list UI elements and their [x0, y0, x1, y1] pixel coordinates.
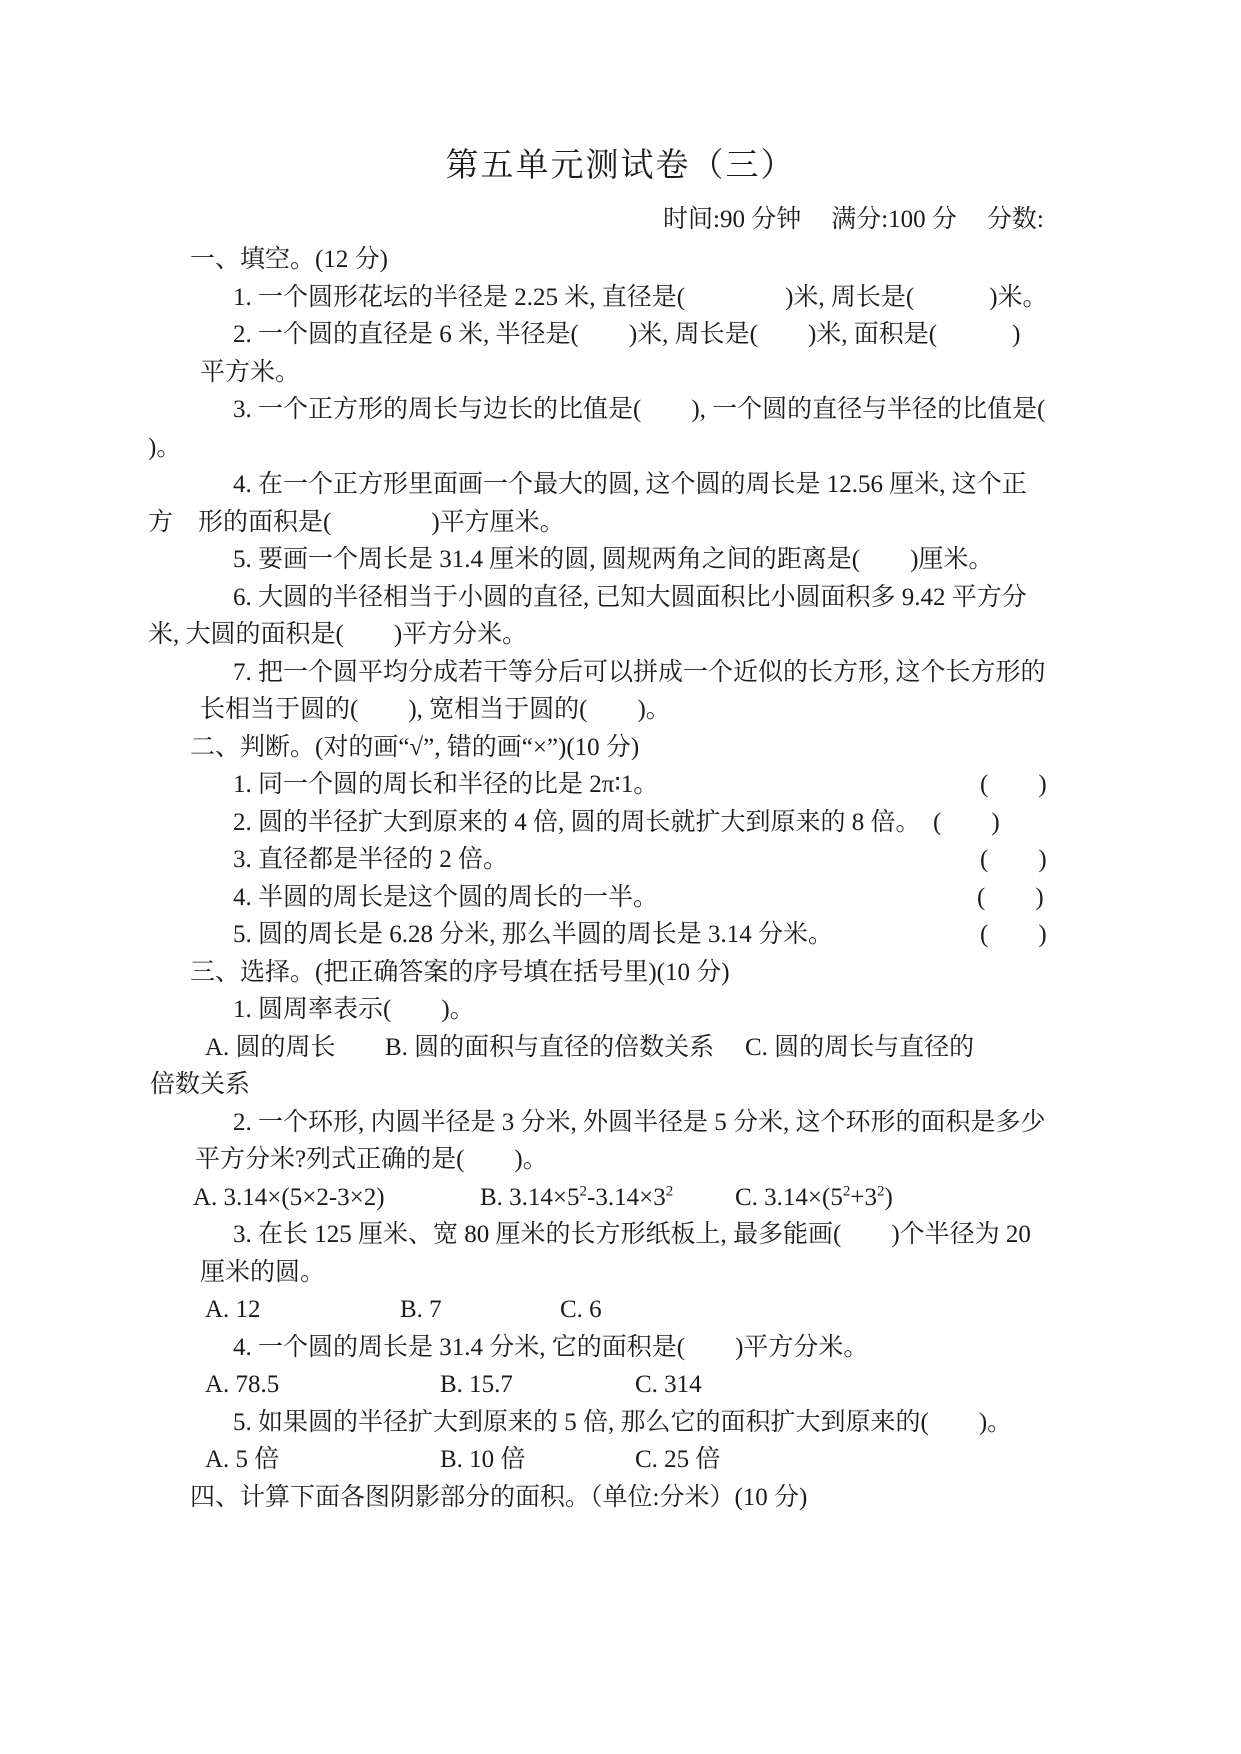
option-item: A. 12 [205, 1291, 261, 1329]
meta-full-score: 满分:100 分 [831, 199, 957, 235]
answer-bracket: ( ) [980, 841, 1047, 879]
judge-q3: 3. 直径都是半径的 2 倍。( ) [145, 841, 1110, 879]
text-segment: A. 3.14×(5×2-3×2) [193, 1184, 385, 1211]
superscript: 2 [666, 1183, 674, 1199]
answer-bracket: ( ) [980, 916, 1047, 954]
choice-q2: 2. 一个环形, 内圆半径是 3 分米, 外圆半径是 5 分米, 这个环形的面积… [145, 1104, 1110, 1142]
option-item: A. 圆的周长 [205, 1029, 336, 1067]
answer-bracket: ( ) [980, 766, 1047, 804]
choice-q5: 5. 如果圆的半径扩大到原来的 5 倍, 那么它的面积扩大到原来的( )。 [145, 1404, 1110, 1442]
fill-q2-cont: 平方米。 [145, 354, 1110, 392]
choice-q3-options: A. 12B. 7C. 6 [145, 1291, 1110, 1329]
option-item: C. 3.14×(52+32) [735, 1179, 893, 1217]
choice-q4: 4. 一个圆的周长是 31.4 分米, 它的面积是( )平方分米。 [145, 1329, 1110, 1367]
choice-q2-options: A. 3.14×(5×2-3×2)B. 3.14×52-3.14×32C. 3.… [145, 1179, 1110, 1217]
choice-q1-options-cont: 倍数关系 [145, 1066, 1110, 1104]
choice-q3-cont: 厘米的圆。 [145, 1254, 1110, 1292]
option-item: B. 7 [400, 1291, 442, 1329]
option-item: A. 3.14×(5×2-3×2) [193, 1179, 385, 1217]
text-segment: +3 [850, 1184, 877, 1211]
superscript: 2 [580, 1183, 588, 1199]
judge-statement: 3. 直径都是半径的 2 倍。 [145, 846, 508, 873]
judge-q2: 2. 圆的半径扩大到原来的 4 倍, 圆的周长就扩大到原来的 8 倍。 ( ) [145, 804, 1110, 842]
option-item: C. 圆的周长与直径的 [745, 1029, 974, 1067]
option-item: A. 78.5 [205, 1366, 279, 1404]
option-item: B. 3.14×52-3.14×32 [480, 1179, 673, 1217]
option-item: C. 25 倍 [635, 1441, 720, 1479]
answer-bracket: ( ) [977, 879, 1044, 917]
fill-q3: 3. 一个正方形的周长与边长的比值是( ), 一个圆的直径与半径的比值是( [145, 391, 1110, 429]
meta-time: 时间:90 分钟 [663, 199, 801, 235]
header-meta: 时间:90 分钟 满分:100 分 分数: [663, 199, 1044, 235]
document-body: 一、填空。(12 分)1. 一个圆形花坛的半径是 2.25 米, 直径是( )米… [145, 241, 1110, 1516]
section-1-heading: 一、填空。(12 分) [145, 241, 1110, 279]
judge-q1: 1. 同一个圆的周长和半径的比是 2π∶1。( ) [145, 766, 1110, 804]
option-item: B. 15.7 [440, 1366, 513, 1404]
test-paper-page: 第五单元测试卷（三） 时间:90 分钟 满分:100 分 分数: 一、填空。(1… [0, 0, 1241, 1754]
section-4-heading: 四、计算下面各图阴影部分的面积。（单位:分米）(10 分) [145, 1479, 1110, 1517]
fill-q6: 6. 大圆的半径相当于小圆的直径, 已知大圆面积比小圆面积多 9.42 平方分 [145, 579, 1110, 617]
section-2-heading: 二、判断。(对的画“√”, 错的画“×”)(10 分) [145, 729, 1110, 767]
text-segment: -3.14×3 [587, 1184, 666, 1211]
fill-q2: 2. 一个圆的直径是 6 米, 半径是( )米, 周长是( )米, 面积是( ) [145, 316, 1110, 354]
option-item: B. 10 倍 [440, 1441, 525, 1479]
fill-q4: 4. 在一个正方形里面画一个最大的圆, 这个圆的周长是 12.56 厘米, 这个… [145, 466, 1110, 504]
section-3-heading: 三、选择。(把正确答案的序号填在括号里)(10 分) [145, 954, 1110, 992]
text-segment: B. 3.14×5 [480, 1184, 580, 1211]
judge-statement: 4. 半圆的周长是这个圆的周长的一半。 [145, 884, 658, 911]
fill-q5: 5. 要画一个周长是 31.4 厘米的圆, 圆规两角之间的距离是( )厘米。 [145, 541, 1110, 579]
text-segment: C. 3.14×(5 [735, 1184, 843, 1211]
choice-q3: 3. 在长 125 厘米、宽 80 厘米的长方形纸板上, 最多能画( )个半径为… [145, 1216, 1110, 1254]
page-title: 第五单元测试卷（三） [0, 139, 1241, 186]
choice-q2-cont: 平方分米?列式正确的是( )。 [145, 1141, 1110, 1179]
judge-statement: 5. 圆的周长是 6.28 分米, 那么半圆的周长是 3.14 分米。 [145, 921, 833, 948]
meta-score-label: 分数: [987, 199, 1044, 235]
judge-q5: 5. 圆的周长是 6.28 分米, 那么半圆的周长是 3.14 分米。( ) [145, 916, 1110, 954]
option-item: C. 6 [560, 1291, 602, 1329]
option-item: A. 5 倍 [205, 1441, 279, 1479]
fill-q6-cont: 米, 大圆的面积是( )平方分米。 [145, 616, 1110, 654]
fill-q7-cont: 长相当于圆的( ), 宽相当于圆的( )。 [145, 691, 1110, 729]
choice-q5-options: A. 5 倍B. 10 倍C. 25 倍 [145, 1441, 1110, 1479]
judge-statement: 1. 同一个圆的周长和半径的比是 2π∶1。 [145, 771, 658, 798]
judge-q4: 4. 半圆的周长是这个圆的周长的一半。( ) [145, 879, 1110, 917]
fill-q4-cont: 方 形的面积是( )平方厘米。 [145, 504, 1110, 542]
fill-q7: 7. 把一个圆平均分成若干等分后可以拼成一个近似的长方形, 这个长方形的 [145, 654, 1110, 692]
fill-q1: 1. 一个圆形花坛的半径是 2.25 米, 直径是( )米, 周长是( )米。 [145, 279, 1110, 317]
fill-q3-cont: )。 [145, 429, 1110, 467]
text-segment: ) [884, 1184, 892, 1211]
option-item: C. 314 [635, 1366, 702, 1404]
choice-q1-options: A. 圆的周长B. 圆的面积与直径的倍数关系C. 圆的周长与直径的 [145, 1029, 1110, 1067]
option-item: B. 圆的面积与直径的倍数关系 [385, 1029, 714, 1067]
choice-q4-options: A. 78.5B. 15.7C. 314 [145, 1366, 1110, 1404]
choice-q1: 1. 圆周率表示( )。 [145, 991, 1110, 1029]
